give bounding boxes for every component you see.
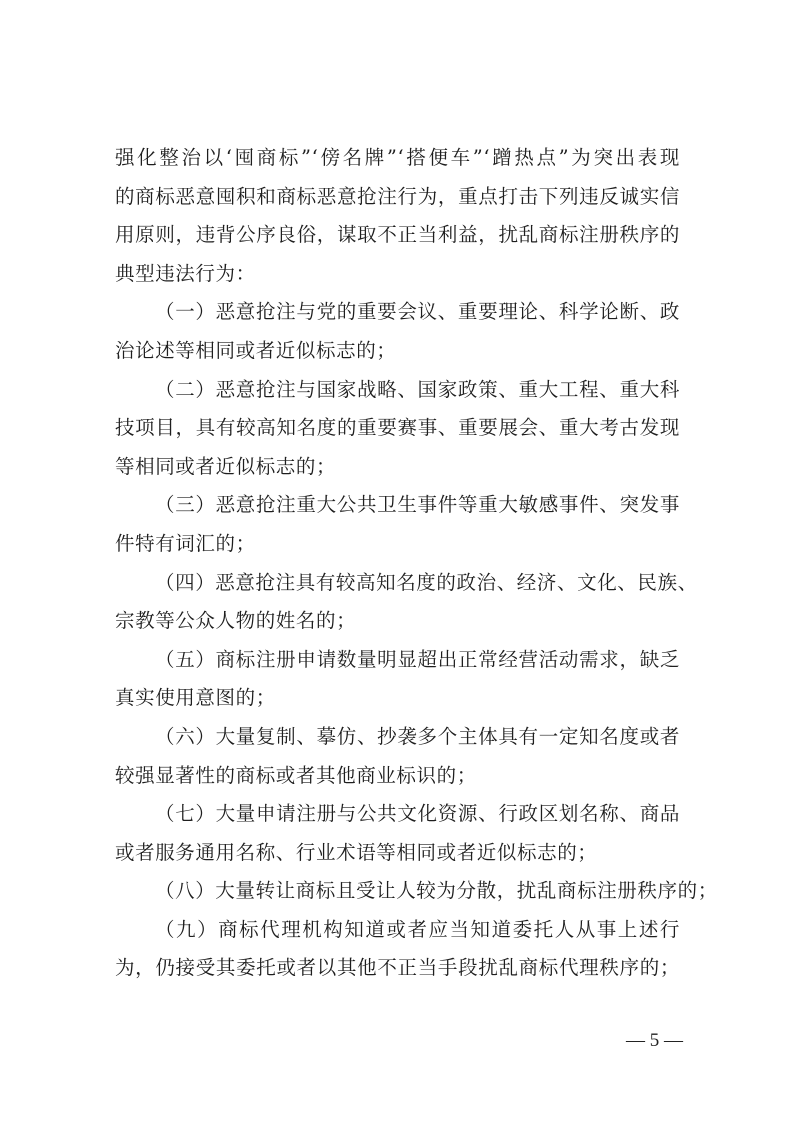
text-line: 较强显著性的商标或者其他商业标识的； [115,757,680,796]
list-item-5: （五）商标注册申请数量明显超出正常经营活动需求，缺乏 [115,641,680,680]
list-item-3: （三）恶意抢注重大公共卫生事件等重大敏感事件、突发事 [115,486,680,525]
text-line: 典型违法行为： [115,255,680,294]
list-item-8: （八）大量转让商标且受让人较为分散，扰乱商标注册秩序的； [115,872,680,911]
text-line: 为，仍接受其委托或者以其他不正当手段扰乱商标代理秩序的； [115,949,680,988]
text-line: 件特有词汇的； [115,525,680,564]
list-item-4: （四）恶意抢注具有较高知名度的政治、经济、文化、民族、 [115,564,680,603]
list-item-1: （一）恶意抢注与党的重要会议、重要理论、科学论断、政 [115,293,680,332]
text-line: 宗教等公众人物的姓名的； [115,602,680,641]
text-line: 或者服务通用名称、行业术语等相同或者近似标志的； [115,834,680,873]
text-line: 的商标恶意囤积和商标恶意抢注行为，重点打击下列违反诚实信 [115,178,680,217]
document-page: 强化整治以‘囤商标”‘傍名牌”‘搭便车”‘蹭热点”为突出表现 的商标恶意囤积和商… [0,0,793,1122]
body-text: 强化整治以‘囤商标”‘傍名牌”‘搭便车”‘蹭热点”为突出表现 的商标恶意囤积和商… [115,139,680,988]
list-item-2: （二）恶意抢注与国家战略、国家政策、重大工程、重大科 [115,371,680,410]
list-item-9: （九）商标代理机构知道或者应当知道委托人从事上述行 [115,911,680,950]
text-line: 用原则，违背公序良俗，谋取不正当利益，扰乱商标注册秩序的 [115,216,680,255]
text-line: 技项目，具有较高知名度的重要赛事、重要展会、重大考古发现 [115,409,680,448]
text-line: 等相同或者近似标志的； [115,448,680,487]
page-number: — 5 — [626,1030,683,1052]
text-line: 治论述等相同或者近似标志的； [115,332,680,371]
text-line: 真实使用意图的； [115,679,680,718]
text-line: 强化整治以‘囤商标”‘傍名牌”‘搭便车”‘蹭热点”为突出表现 [115,139,680,178]
list-item-6: （六）大量复制、摹仿、抄袭多个主体具有一定知名度或者 [115,718,680,757]
list-item-7: （七）大量申请注册与公共文化资源、行政区划名称、商品 [115,795,680,834]
